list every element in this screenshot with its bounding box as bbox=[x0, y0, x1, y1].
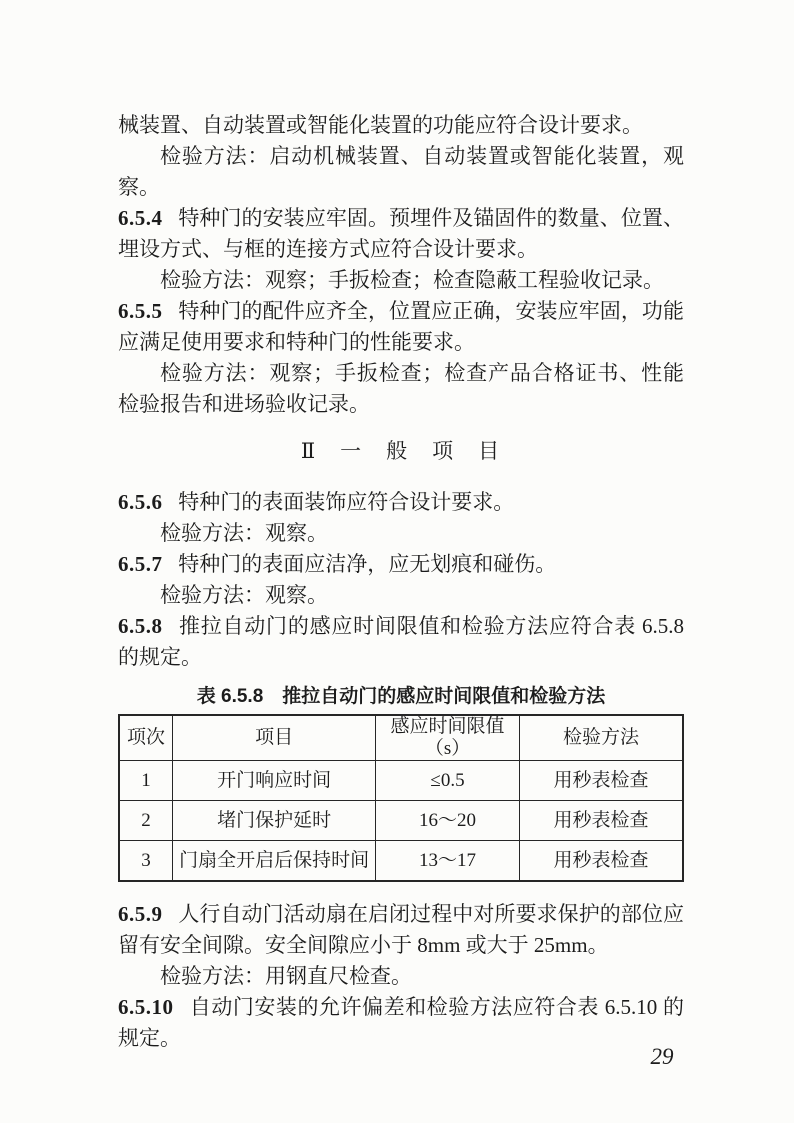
table-header-item: 项目 bbox=[173, 715, 376, 761]
clause-6-5-10: 6.5.10自动门安装的允许偏差和检验方法应符合表 6.5.10 的规定。 bbox=[118, 992, 684, 1054]
clause-6-5-9: 6.5.9人行自动门活动扇在启闭过程中对所要求保护的部位应留有安全间隙。安全间隙… bbox=[118, 899, 684, 961]
table-cell-time-limit: 16～20 bbox=[376, 801, 520, 841]
section-heading-general-items: Ⅱ 一 般 项 目 bbox=[118, 436, 684, 467]
table-cell-item-no: 2 bbox=[119, 801, 173, 841]
table-section-6-5-8: 表 6.5.8 推拉自动门的感应时间限值和检验方法 项次 项目 感应时间限值（s… bbox=[118, 685, 684, 882]
clause-text-6-5-4: 特种门的安装应牢固。预埋件及锚固件的数量、位置、埋设方式、与框的连接方式应符合设… bbox=[118, 206, 684, 261]
clause-number-6-5-8: 6.5.8 bbox=[118, 614, 163, 638]
clause-6-5-4: 6.5.4特种门的安装应牢固。预埋件及锚固件的数量、位置、埋设方式、与框的连接方… bbox=[118, 203, 684, 265]
table-cell-item-no: 3 bbox=[119, 841, 173, 882]
clause-6-5-7: 6.5.7特种门的表面应洁净，应无划痕和碰伤。 bbox=[118, 549, 684, 580]
table-cell-item: 堵门保护延时 bbox=[173, 801, 376, 841]
table-cell-method: 用秒表检查 bbox=[519, 801, 683, 841]
table-header-row: 项次 项目 感应时间限值（s） 检验方法 bbox=[119, 715, 683, 761]
page-number: 29 bbox=[640, 1044, 684, 1070]
clause-number-6-5-10: 6.5.10 bbox=[118, 995, 174, 1019]
clause-number-6-5-6: 6.5.6 bbox=[118, 490, 163, 514]
table-header-method: 检验方法 bbox=[519, 715, 683, 761]
clause-6-5-5: 6.5.5特种门的配件应齐全，位置应正确，安装应牢固，功能应满足使用要求和特种门… bbox=[118, 296, 684, 358]
table-cell-item-no: 1 bbox=[119, 761, 173, 801]
sensing-time-limits-table: 项次 项目 感应时间限值（s） 检验方法 1 开门响应时间 ≤0.5 用秒表检查… bbox=[118, 714, 684, 882]
clause-number-6-5-7: 6.5.7 bbox=[118, 552, 163, 576]
table-title: 表 6.5.8 推拉自动门的感应时间限值和检验方法 bbox=[118, 685, 684, 709]
clause-text-6-5-8: 推拉自动门的感应时间限值和检验方法应符合表 6.5.8 的规定。 bbox=[118, 614, 684, 669]
method-paragraph-6-5-9: 检验方法：用钢直尺检查。 bbox=[118, 961, 684, 992]
table-cell-time-limit: ≤0.5 bbox=[376, 761, 520, 801]
table-cell-time-limit: 13～17 bbox=[376, 841, 520, 882]
table-row: 3 门扇全开启后保持时间 13～17 用秒表检查 bbox=[119, 841, 683, 882]
table-header-item-no: 项次 bbox=[119, 715, 173, 761]
clause-text-6-5-6: 特种门的表面装饰应符合设计要求。 bbox=[178, 490, 514, 514]
page-content: 械装置、自动装置或智能化装置的功能应符合设计要求。 检验方法：启动机械装置、自动… bbox=[118, 110, 684, 1054]
clause-number-6-5-5: 6.5.5 bbox=[118, 299, 163, 323]
clause-text-6-5-9: 人行自动门活动扇在启闭过程中对所要求保护的部位应留有安全间隙。安全间隙应小于 8… bbox=[118, 902, 684, 957]
method-paragraph-6-5-7: 检验方法：观察。 bbox=[118, 580, 684, 611]
table-cell-method: 用秒表检查 bbox=[519, 761, 683, 801]
clause-text-6-5-7: 特种门的表面应洁净，应无划痕和碰伤。 bbox=[178, 552, 556, 576]
table-header-time-limit: 感应时间限值（s） bbox=[376, 715, 520, 761]
method-paragraph-6-5-6: 检验方法：观察。 bbox=[118, 518, 684, 549]
clause-number-6-5-9: 6.5.9 bbox=[118, 902, 163, 926]
method-paragraph-6-5-4: 检验方法：观察；手扳检查；检查隐蔽工程验收记录。 bbox=[118, 265, 684, 296]
paragraph-continuation: 械装置、自动装置或智能化装置的功能应符合设计要求。 bbox=[118, 110, 684, 141]
table-row: 1 开门响应时间 ≤0.5 用秒表检查 bbox=[119, 761, 683, 801]
clause-6-5-8: 6.5.8推拉自动门的感应时间限值和检验方法应符合表 6.5.8 的规定。 bbox=[118, 611, 684, 673]
clause-text-6-5-10: 自动门安装的允许偏差和检验方法应符合表 6.5.10 的规定。 bbox=[118, 995, 684, 1050]
table-row: 2 堵门保护延时 16～20 用秒表检查 bbox=[119, 801, 683, 841]
clause-6-5-6: 6.5.6特种门的表面装饰应符合设计要求。 bbox=[118, 487, 684, 518]
clause-number-6-5-4: 6.5.4 bbox=[118, 206, 163, 230]
method-paragraph-intro: 检验方法：启动机械装置、自动装置或智能化装置，观察。 bbox=[118, 141, 684, 203]
method-paragraph-6-5-5: 检验方法：观察；手扳检查；检查产品合格证书、性能检验报告和进场验收记录。 bbox=[118, 358, 684, 420]
clause-text-6-5-5: 特种门的配件应齐全，位置应正确，安装应牢固，功能应满足使用要求和特种门的性能要求… bbox=[118, 299, 684, 354]
table-cell-item: 开门响应时间 bbox=[173, 761, 376, 801]
table-cell-method: 用秒表检查 bbox=[519, 841, 683, 882]
document-page: 械装置、自动装置或智能化装置的功能应符合设计要求。 检验方法：启动机械装置、自动… bbox=[0, 0, 794, 1123]
table-cell-item: 门扇全开启后保持时间 bbox=[173, 841, 376, 882]
